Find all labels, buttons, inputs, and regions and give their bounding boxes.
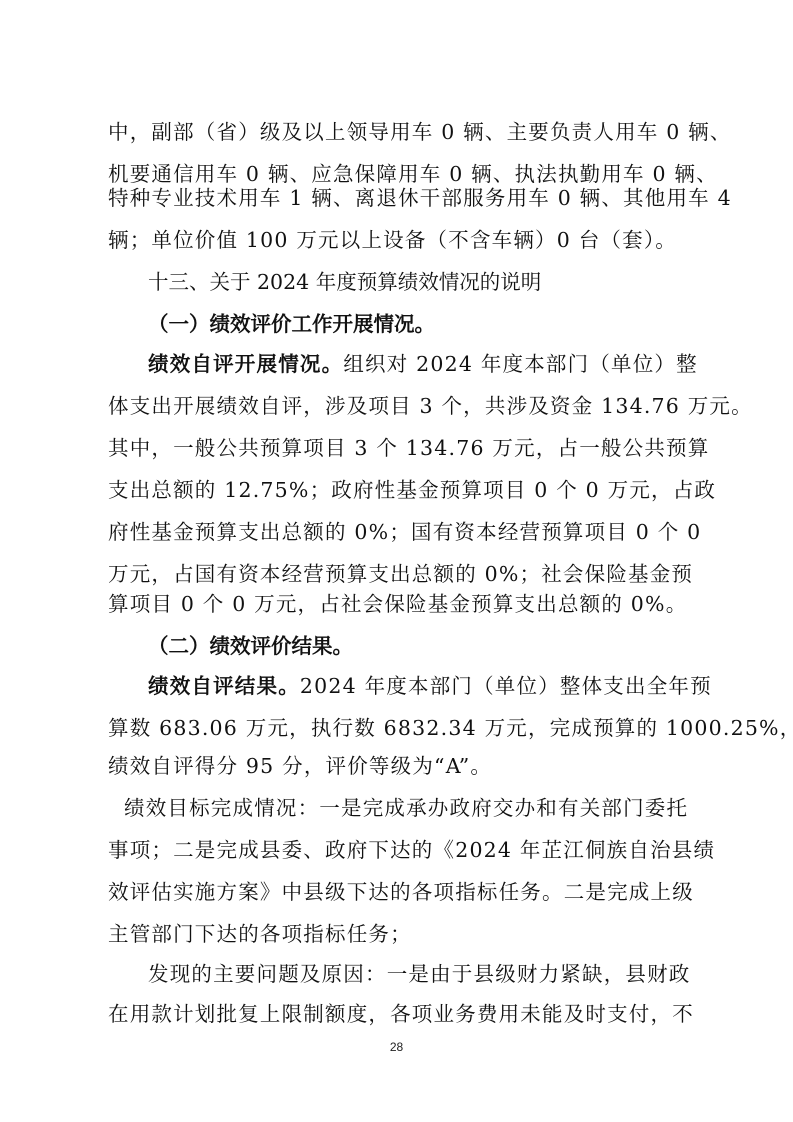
paragraph-text: 2024 年度本部门（单位）整体支出全年预: [300, 674, 712, 698]
text-line: 府性基金预算支出总额的 0%；国有资本经营预算项目 0 个 0: [108, 518, 686, 546]
text-line: 算项目 0 个 0 万元，占社会保险基金预算支出总额的 0%。: [108, 590, 686, 618]
text-line: 事项；二是完成县委、政府下达的《2024 年芷江侗族自治县绩: [108, 836, 686, 864]
subsection-heading-2: （二）绩效评价结果。: [148, 632, 686, 660]
text-line: 中，副部（省）级及以上领导用车 0 辆、主要负责人用车 0 辆、: [108, 118, 686, 146]
text-line: 支出总额的 12.75%；政府性基金预算项目 0 个 0 万元，占政: [108, 476, 686, 504]
text-line: 算数 683.06 万元，执行数 6832.34 万元，完成预算的 1000.2…: [108, 714, 686, 742]
text-line: 万元，占国有资本经营预算支出总额的 0%；社会保险基金预: [108, 560, 686, 588]
subsection-heading-1: （一）绩效评价工作开展情况。: [148, 310, 686, 338]
paragraph-self-evaluation-result: 绩效自评结果。2024 年度本部门（单位）整体支出全年预: [148, 672, 686, 700]
paragraph-lead: 绩效自评开展情况。: [148, 352, 343, 376]
section-heading-13: 十三、关于 2024 年度预算绩效情况的说明: [148, 268, 686, 296]
paragraph-text: 组织对 2024 年度本部门（单位）整: [343, 352, 698, 376]
text-line: 其中，一般公共预算项目 3 个 134.76 万元，占一般公共预算: [108, 434, 686, 462]
text-line: 特种专业技术用车 1 辆、离退休干部服务用车 0 辆、其他用车 4: [108, 184, 686, 212]
page-number: 28: [0, 1040, 793, 1054]
text-line: 效评估实施方案》中县级下达的各项指标任务。二是完成上级: [108, 878, 686, 906]
text-line: 绩效自评得分 95 分，评价等级为“A”。: [108, 752, 686, 780]
text-line: 体支出开展绩效自评，涉及项目 3 个，共涉及资金 134.76 万元。: [108, 392, 686, 420]
paragraph-lead: 绩效自评结果。: [148, 674, 300, 698]
text-line: 主管部门下达的各项指标任务；: [108, 920, 686, 948]
document-page: 中，副部（省）级及以上领导用车 0 辆、主要负责人用车 0 辆、 机要通信用车 …: [0, 0, 793, 1122]
text-line: 发现的主要问题及原因：一是由于县级财力紧缺，县财政: [148, 960, 686, 988]
text-line: 在用款计划批复上限制额度，各项业务费用未能及时支付，不: [108, 1000, 686, 1028]
paragraph-self-evaluation-start: 绩效自评开展情况。组织对 2024 年度本部门（单位）整: [148, 350, 686, 378]
text-line: 辆；单位价值 100 万元以上设备（不含车辆）0 台（套）。: [108, 226, 686, 254]
text-line: 绩效目标完成情况：一是完成承办政府交办和有关部门委托: [124, 794, 686, 822]
